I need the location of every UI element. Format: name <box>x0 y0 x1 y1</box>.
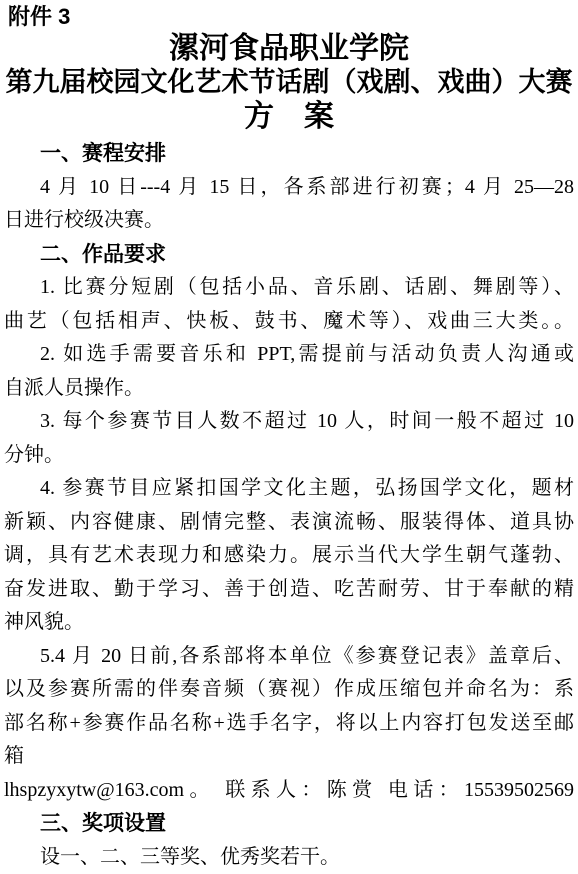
attachment-label: 附件 3 <box>0 0 578 31</box>
doc-line: 曲艺（包括相声、快板、鼓书、魔术等）、戏曲三大类。。 <box>4 305 574 339</box>
doc-line: 3. 每个参赛节目人数不超过 10 人，时间一般不超过 10 <box>4 405 574 439</box>
doc-title-line2: 第九届校园文化艺术节话剧（戏剧、戏曲）大赛 <box>0 66 578 99</box>
doc-line: 以及参赛所需的伴奏音频（赛视）作成压缩包并命名为：系 <box>4 673 574 707</box>
doc-title-line3: 方 案 <box>0 99 578 135</box>
doc-line: 部名称+参赛作品名称+选手名字，将以上内容打包发送至邮 <box>4 707 574 741</box>
doc-line: 4 月 10 日---4 月 15 日，各系部进行初赛；4 月 25—28 <box>4 171 574 205</box>
section-heading: 二、作品要求 <box>4 238 574 272</box>
doc-line: 自派人员操作。 <box>4 372 574 406</box>
doc-line: 2. 如选手需要音乐和 PPT,需提前与活动负责人沟通或 <box>4 338 574 372</box>
doc-line: 箱 <box>4 740 574 774</box>
doc-line: 1. 比赛分短剧（包括小品、音乐剧、话剧、舞剧等）、 <box>4 271 574 305</box>
document-page: 附件 3 漯河食品职业学院 第九届校园文化艺术节话剧（戏剧、戏曲）大赛 方 案 … <box>0 0 578 874</box>
doc-line: 5.4 月 20 日前,各系部将本单位《参赛登记表》盖章后、 <box>4 640 574 674</box>
doc-line: 设一、二、三等奖、优秀奖若干。 <box>4 841 574 874</box>
section-heading: 三、奖项设置 <box>4 807 574 841</box>
doc-line: 分钟。 <box>4 439 574 473</box>
doc-line: 4. 参赛节目应紧扣国学文化主题，弘扬国学文化，题材 <box>4 472 574 506</box>
doc-line: 新颖、内容健康、剧情完整、表演流畅、服装得体、道具协 <box>4 506 574 540</box>
doc-line: 调，具有艺术表现力和感染力。展示当代大学生朝气蓬勃、 <box>4 539 574 573</box>
doc-line: 日进行校级决赛。 <box>4 204 574 238</box>
section-heading: 一、赛程安排 <box>4 137 574 171</box>
doc-line contact-line: lhspzyxytw@163.com。 联系人：陈赏 电话：1553950256… <box>4 774 574 808</box>
doc-title-line1: 漯河食品职业学院 <box>0 31 578 66</box>
doc-line: 奋发进取、勤于学习、善于创造、吃苦耐劳、甘于奉献的精 <box>4 573 574 607</box>
document-body: 一、赛程安排 4 月 10 日---4 月 15 日，各系部进行初赛；4 月 2… <box>0 135 578 874</box>
doc-line: 神风貌。 <box>4 606 574 640</box>
